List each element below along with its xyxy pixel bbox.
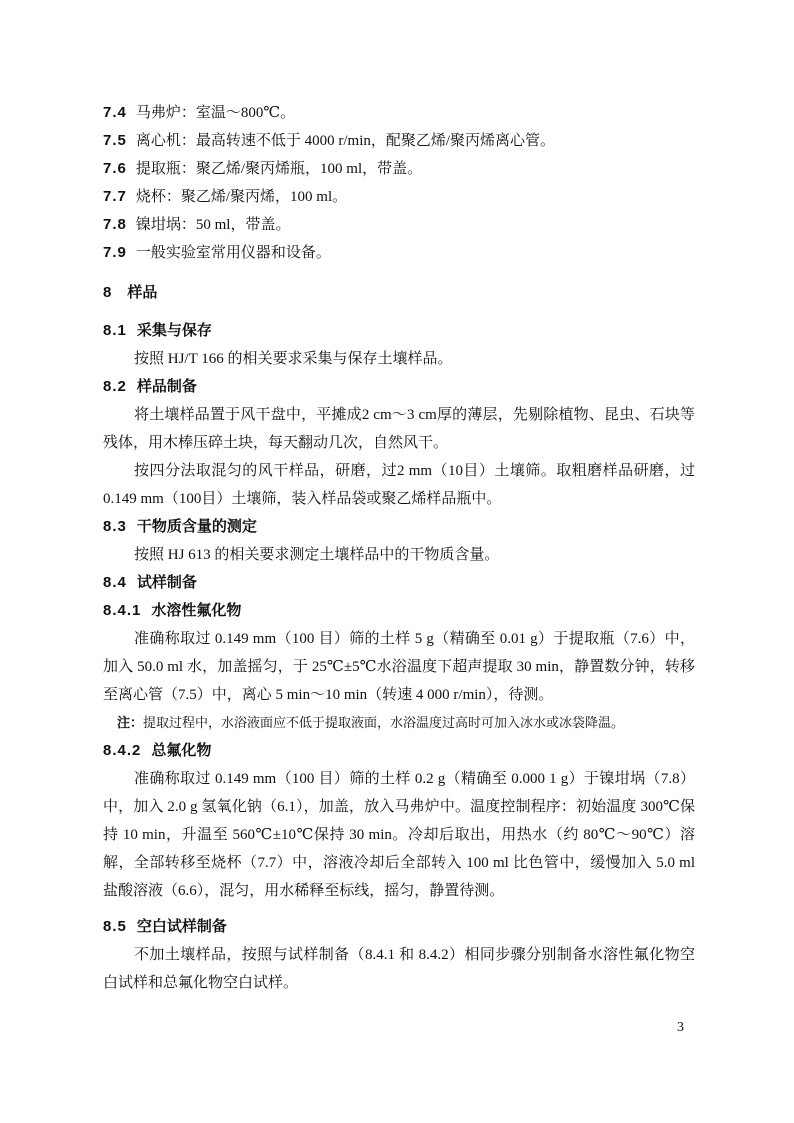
section-number: 8.3 — [103, 518, 127, 535]
section-8-4-heading: 8.4试样制备 — [103, 569, 695, 597]
clause-text: 提取瓶：聚乙烯/聚丙烯瓶，100 ml，带盖。 — [136, 161, 422, 177]
section-8-4-1-heading: 8.4.1水溶性氟化物 — [103, 597, 695, 625]
clause-7-7: 7.7烧杯：聚乙烯/聚丙烯，100 ml。 — [103, 183, 695, 211]
note-text: 提取过程中，水浴液面应不低于提取液面，水浴温度过高时可加入冰水或冰袋降温。 — [143, 715, 624, 730]
clause-text: 镍坩埚：50 ml，带盖。 — [136, 217, 291, 233]
section-title: 总氟化物 — [151, 742, 211, 759]
document-page: 7.4马弗炉：室温～800℃。 7.5离心机：最高转速不低于 4000 r/mi… — [0, 0, 794, 1123]
paragraph-8-4-2: 准确称取过 0.149 mm（100 目）筛的土样 0.2 g（精确至 0.00… — [103, 765, 695, 905]
section-title: 水溶性氟化物 — [151, 602, 241, 619]
section-title: 样品制备 — [137, 378, 197, 395]
section-title: 干物质含量的测定 — [137, 518, 257, 535]
paragraph-8-2-b: 按四分法取混匀的风干样品，研磨，过2 mm（10目）土壤筛。取粗磨样品研磨，过0… — [103, 457, 695, 513]
clause-number: 7.9 — [103, 244, 127, 261]
clause-7-6: 7.6提取瓶：聚乙烯/聚丙烯瓶，100 ml，带盖。 — [103, 155, 695, 183]
section-number: 8.1 — [103, 322, 127, 339]
clause-number: 7.8 — [103, 216, 127, 233]
clause-text: 离心机：最高转速不低于 4000 r/min，配聚乙烯/聚丙烯离心管。 — [136, 133, 555, 149]
section-number: 8.4 — [103, 574, 127, 591]
clause-7-4: 7.4马弗炉：室温～800℃。 — [103, 99, 695, 127]
section-title: 采集与保存 — [137, 322, 212, 339]
paragraph-8-3: 按照 HJ 613 的相关要求测定土壤样品中的干物质含量。 — [103, 541, 695, 569]
section-8-1-heading: 8.1采集与保存 — [103, 317, 695, 345]
note-label: 注： — [117, 715, 143, 730]
clause-text: 一般实验室常用仪器和设备。 — [136, 245, 331, 261]
paragraph-8-5: 不加土壤样品，按照与试样制备（8.4.1 和 8.4.2）相同步骤分别制备水溶性… — [103, 941, 695, 997]
document-content: 7.4马弗炉：室温～800℃。 7.5离心机：最高转速不低于 4000 r/mi… — [103, 99, 695, 997]
clause-number: 7.6 — [103, 160, 127, 177]
section-number: 8.2 — [103, 378, 127, 395]
section-number: 8.4.2 — [103, 742, 141, 759]
section-8-2-heading: 8.2样品制备 — [103, 373, 695, 401]
note-8-4-1: 注：提取过程中，水浴液面应不低于提取液面，水浴温度过高时可加入冰水或冰袋降温。 — [103, 709, 695, 737]
section-8-5-heading: 8.5空白试样制备 — [103, 913, 695, 941]
clause-number: 7.7 — [103, 188, 127, 205]
paragraph-8-4-1: 准确称取过 0.149 mm（100 目）筛的土样 5 g（精确至 0.01 g… — [103, 625, 695, 709]
section-8-heading: 8样品 — [103, 279, 695, 307]
paragraph-8-1: 按照 HJ/T 166 的相关要求采集与保存土壤样品。 — [103, 345, 695, 373]
clause-7-8: 7.8镍坩埚：50 ml，带盖。 — [103, 211, 695, 239]
section-8-3-heading: 8.3干物质含量的测定 — [103, 513, 695, 541]
paragraph-8-2-a: 将土壤样品置于风干盘中，平摊成2 cm～3 cm厚的薄层，先剔除植物、昆虫、石块… — [103, 401, 695, 457]
section-number: 8.4.1 — [103, 602, 141, 619]
clause-text: 烧杯：聚乙烯/聚丙烯，100 ml。 — [136, 189, 347, 205]
clause-text: 马弗炉：室温～800℃。 — [136, 105, 295, 121]
clause-number: 7.5 — [103, 132, 127, 149]
clause-number: 7.4 — [103, 104, 127, 121]
section-title: 样品 — [127, 284, 157, 301]
section-number: 8 — [103, 284, 112, 301]
section-title: 空白试样制备 — [137, 918, 227, 935]
section-title: 试样制备 — [137, 574, 197, 591]
page-number: 3 — [677, 1014, 684, 1042]
section-number: 8.5 — [103, 918, 127, 935]
section-8-4-2-heading: 8.4.2总氟化物 — [103, 737, 695, 765]
clause-7-5: 7.5离心机：最高转速不低于 4000 r/min，配聚乙烯/聚丙烯离心管。 — [103, 127, 695, 155]
clause-7-9: 7.9一般实验室常用仪器和设备。 — [103, 239, 695, 267]
